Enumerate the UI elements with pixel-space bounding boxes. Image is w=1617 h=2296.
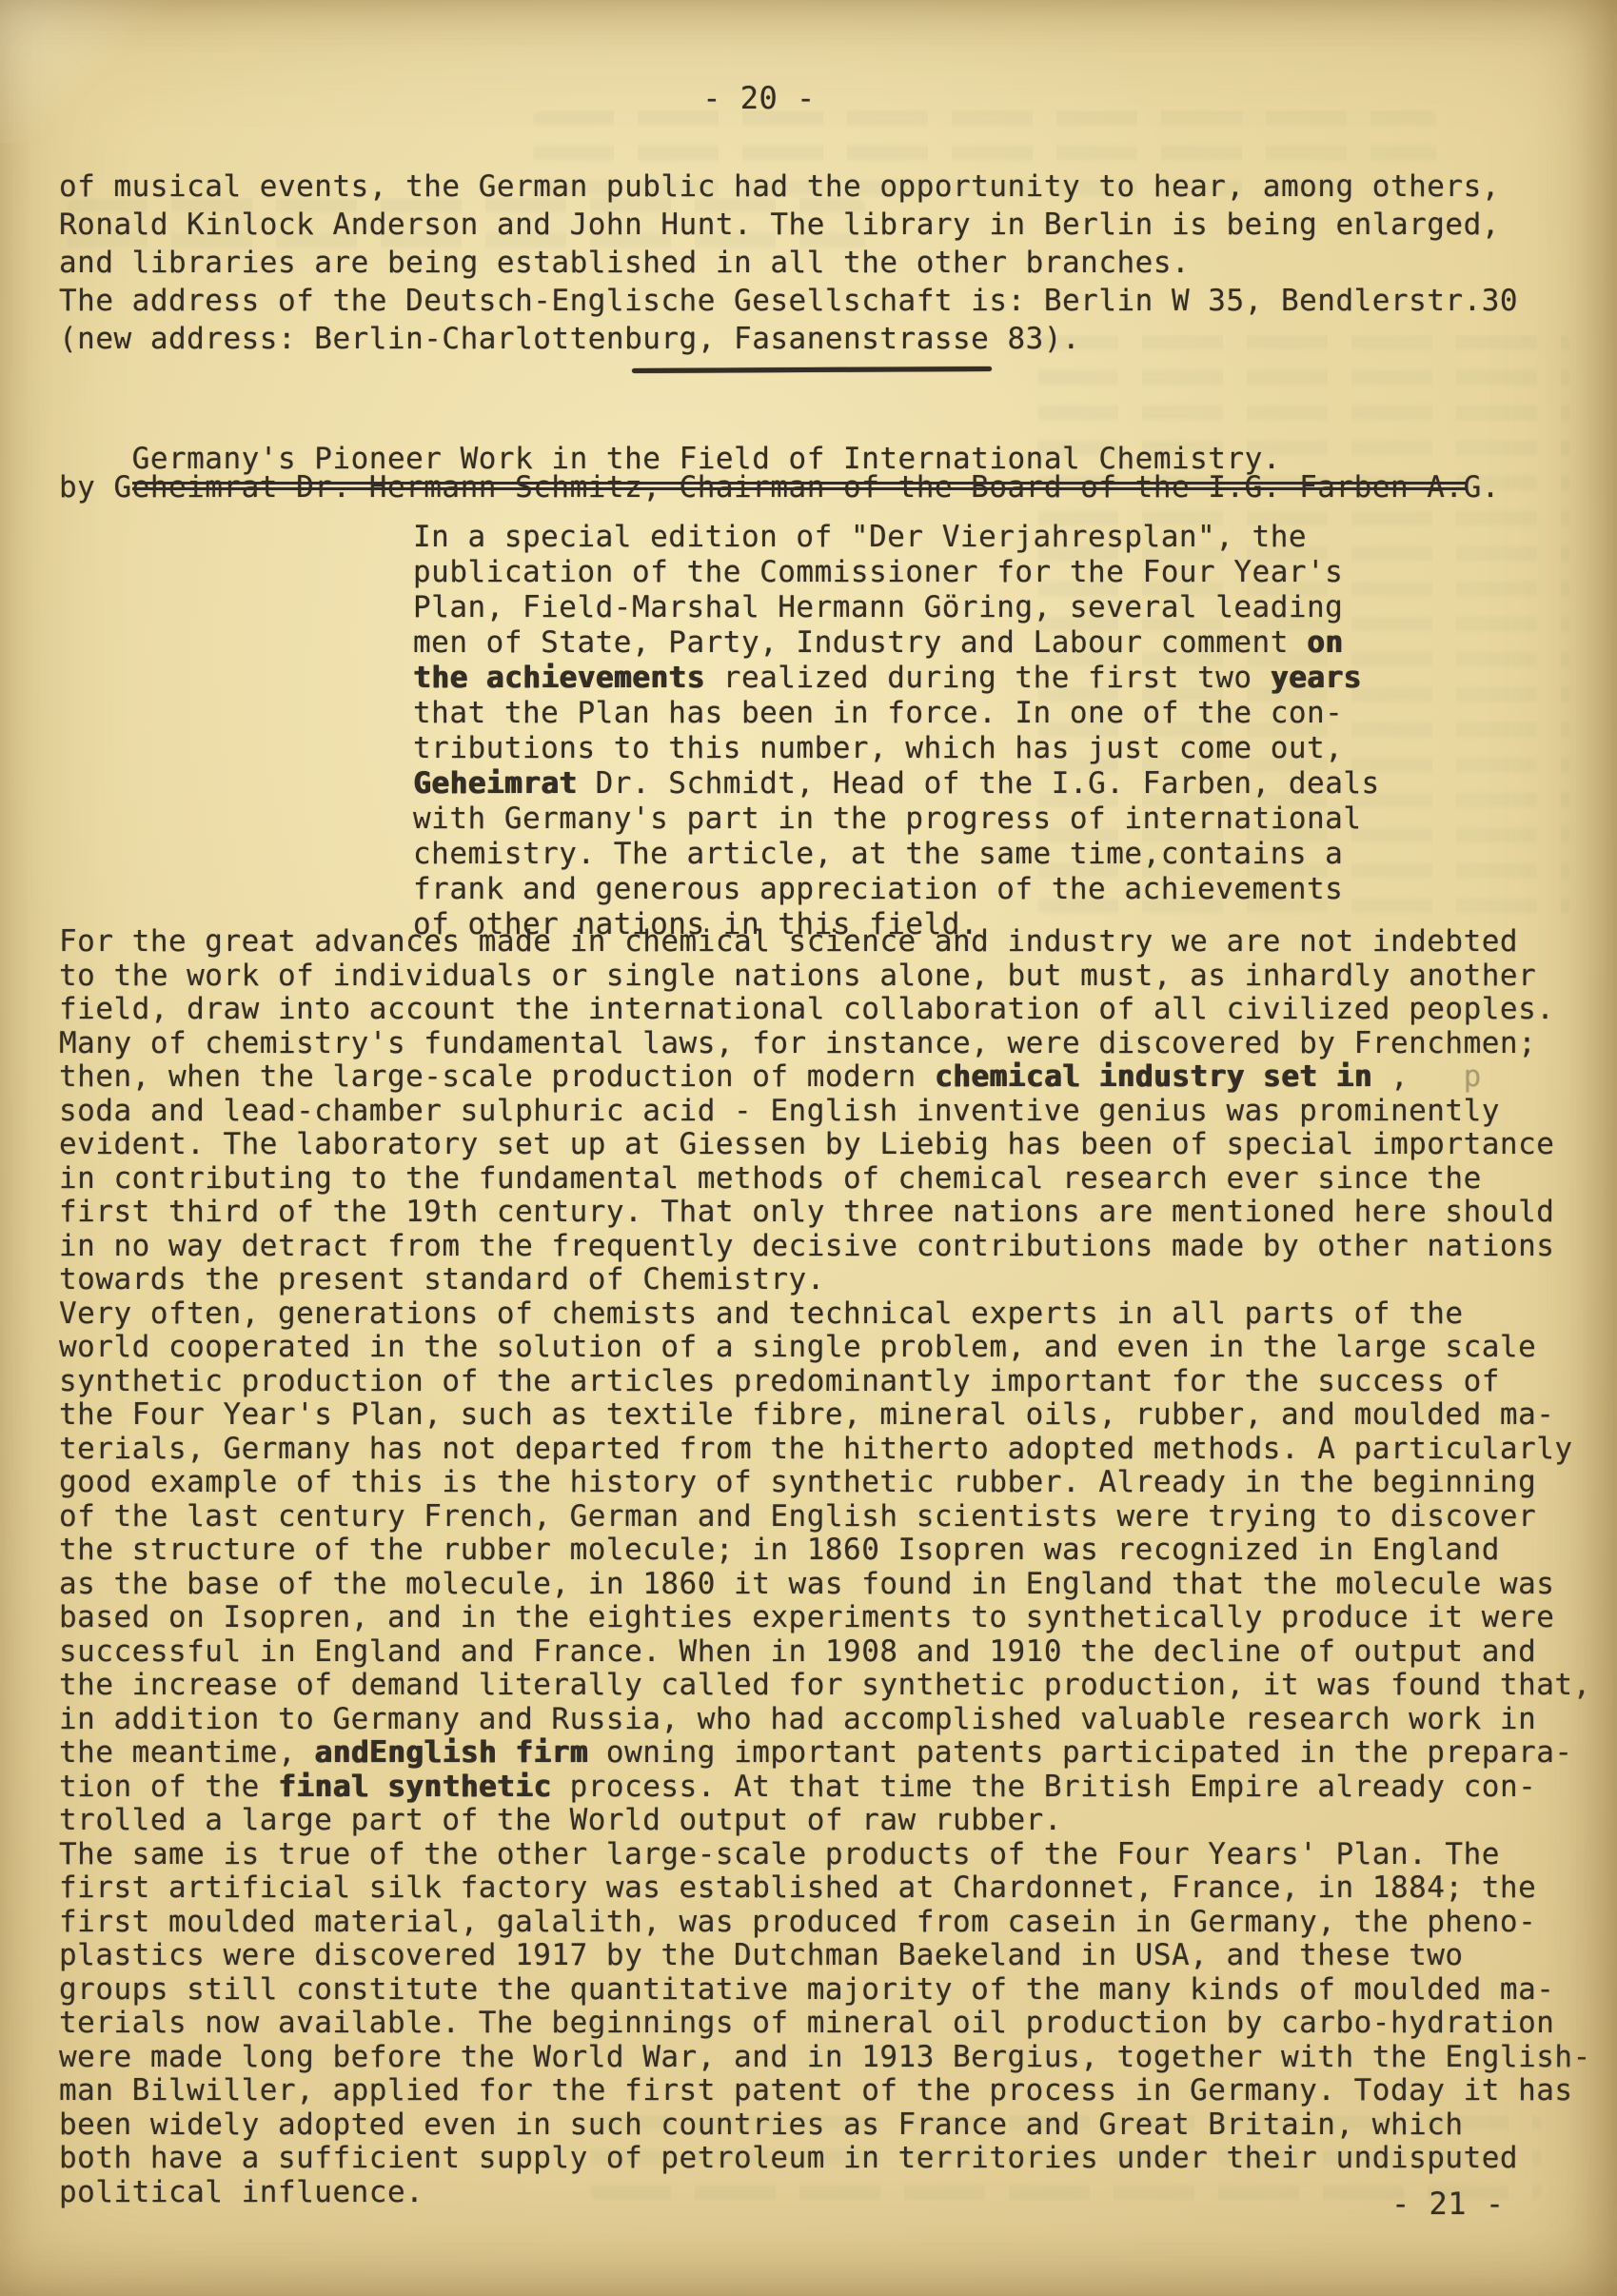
text-line: Ronald Kinlock Anderson and John Hunt. T… <box>59 206 1518 244</box>
text-line: terials now available. The beginnings of… <box>59 2007 1591 2041</box>
text-line: been widely adopted even in such countri… <box>59 2108 1591 2143</box>
text-line: were made long before the World War, and… <box>59 2041 1591 2075</box>
text-line: evident. The laboratory set up at Giesse… <box>59 1128 1591 1162</box>
text-line: first moulded material, galalith, was pr… <box>59 1906 1591 1940</box>
article-byline: by Geheimrat Dr. Hermann Schmitz, Chairm… <box>59 470 1500 505</box>
text-line: The same is true of the other large-scal… <box>59 1838 1591 1872</box>
overstruck-text: andEnglish firm <box>314 1735 587 1770</box>
article-body: For the great advances made in chemical … <box>59 925 1591 2209</box>
overstruck-text: on <box>1307 625 1343 660</box>
text-line: the structure of the rubber molecule; in… <box>59 1534 1591 1568</box>
text-line: the meantime, andEnglish firm owning imp… <box>59 1736 1591 1771</box>
text-line: the achievements realized during the fir… <box>413 661 1380 696</box>
text-line: based on Isopren, and in the eighties ex… <box>59 1601 1591 1635</box>
text-line: field, draw into account the internation… <box>59 993 1591 1027</box>
text-line: groups still constitute the quantitative… <box>59 1973 1591 2008</box>
text-line: (new address: Berlin-Charlottenburg, Fas… <box>59 320 1518 358</box>
text-line: synthetic production of the articles pre… <box>59 1365 1591 1399</box>
text-line: publication of the Commissioner for the … <box>413 555 1380 590</box>
page-number-top: - 20 - <box>0 80 1568 116</box>
overstruck-text: the achievements <box>413 661 705 695</box>
text-line: the increase of demand literally called … <box>59 1669 1591 1703</box>
text-line: tributions to this number, which has jus… <box>413 731 1380 766</box>
text-line: Very often, generations of chemists and … <box>59 1297 1591 1332</box>
text-line: first third of the 19th century. That on… <box>59 1196 1591 1230</box>
text-line: In a special edition of "Der Vierjahresp… <box>413 520 1380 555</box>
text-line: terials, Germany has not departed from t… <box>59 1433 1591 1467</box>
text-line: good example of this is the history of s… <box>59 1466 1591 1500</box>
overstruck-text: final synthetic <box>278 1770 551 1804</box>
text-line: towards the present standard of Chemistr… <box>59 1263 1591 1297</box>
text-line: The address of the Deutsch-Englische Ges… <box>59 282 1518 320</box>
paper-corner-highlight <box>0 0 181 143</box>
text-line: of musical events, the German public had… <box>59 168 1518 206</box>
text-line: the Four Year's Plan, such as textile fi… <box>59 1398 1591 1433</box>
text-line: political influence. <box>59 2176 1591 2210</box>
text-line: both have a sufficient supply of petrole… <box>59 2142 1591 2176</box>
page-number-bottom: - 21 - <box>1391 2186 1505 2222</box>
text-line: chemistry. The article, at the same time… <box>413 837 1380 872</box>
text-line: with Germany's part in the progress of i… <box>413 802 1380 837</box>
text-line: trolled a large part of the World output… <box>59 1804 1591 1838</box>
text-line: soda and lead-chamber sulphuric acid - E… <box>59 1095 1591 1129</box>
document-page: - 20 - of musical events, the German pub… <box>0 0 1617 2296</box>
text-line: successful in England and France. When i… <box>59 1635 1591 1670</box>
text-line: Many of chemistry's fundamental laws, fo… <box>59 1027 1591 1061</box>
text-line: plastics were discovered 1917 by the Dut… <box>59 1939 1591 1973</box>
article-title: Germany's Pioneer Work in the Field of I… <box>59 407 1467 525</box>
text-line: tion of the final synthetic process. At … <box>59 1771 1591 1805</box>
text-line: Geheimrat Dr. Schmidt, Head of the I.G. … <box>413 766 1380 802</box>
text-line: in addition to Germany and Russia, who h… <box>59 1703 1591 1737</box>
text-line: of the last century French, German and E… <box>59 1500 1591 1534</box>
text-line: Plan, Field-Marshal Hermann Göring, seve… <box>413 590 1380 625</box>
text-line: to the work of individuals or single nat… <box>59 960 1591 994</box>
text-line: world cooperated in the solution of a si… <box>59 1331 1591 1365</box>
ghost-text: p <box>1409 1059 1482 1094</box>
text-line: and libraries are being established in a… <box>59 244 1518 282</box>
overstruck-text: chemical industry set in <box>935 1059 1372 1094</box>
text-line: first artificial silk factory was establ… <box>59 1871 1591 1906</box>
text-line: in no way detract from the frequently de… <box>59 1230 1591 1264</box>
text-line: in contributing to the fundamental metho… <box>59 1162 1591 1197</box>
section-divider <box>632 366 992 373</box>
text-line: For the great advances made in chemical … <box>59 925 1591 960</box>
text-line: man Bilwiller, applied for the first pat… <box>59 2074 1591 2108</box>
text-line: frank and generous appreciation of the a… <box>413 872 1380 907</box>
text-line: as the base of the molecule, in 1860 it … <box>59 1568 1591 1602</box>
overstruck-text: years <box>1271 661 1362 695</box>
text-line: men of State, Party, Industry and Labour… <box>413 625 1380 661</box>
article-lede: In a special edition of "Der Vierjahresp… <box>413 520 1380 942</box>
intro-paragraph: of musical events, the German public had… <box>59 168 1518 358</box>
text-line: then, when the large-scale production of… <box>59 1060 1591 1095</box>
text-line: that the Plan has been in force. In one … <box>413 696 1380 731</box>
overstruck-text: Geheimrat <box>413 766 577 801</box>
